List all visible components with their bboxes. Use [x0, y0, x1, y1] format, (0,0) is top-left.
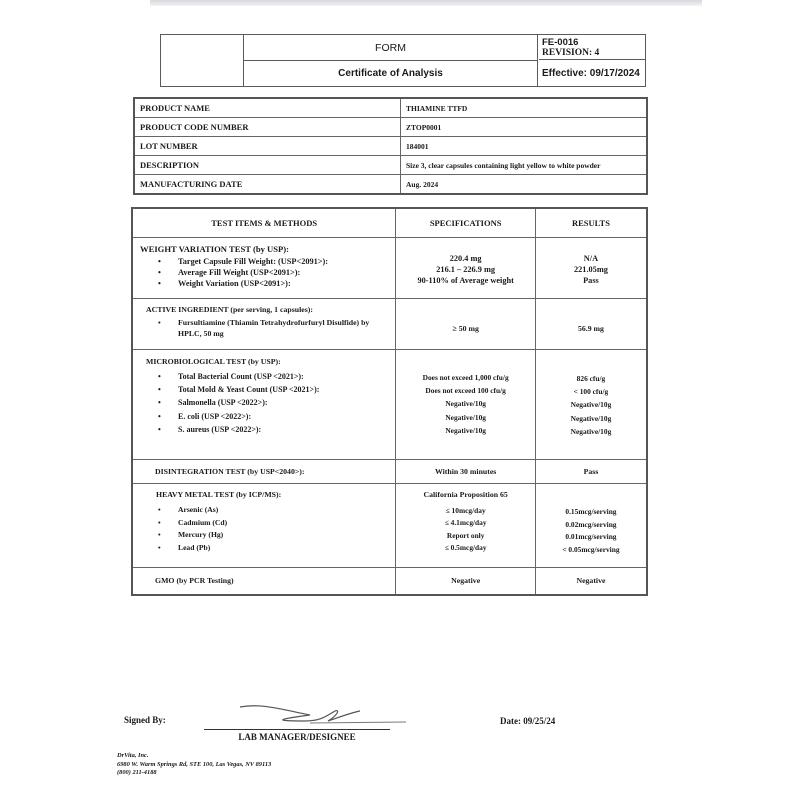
- info-value: THIAMINE TTFD: [401, 98, 648, 118]
- form-header: FORM Certificate of Analysis FE-0016 REV…: [160, 34, 646, 87]
- test-item: Fursultiamine (Thiamin Tetrahydrofurfury…: [134, 317, 394, 339]
- microbiological-row: MICROBIOLOGICAL TEST (by USP): Total Bac…: [132, 350, 647, 460]
- effective-date: Effective: 09/17/2024: [539, 61, 645, 86]
- active-ingredient-row: ACTIVE INGREDIENT (per serving, 1 capsul…: [132, 299, 647, 350]
- spec-value: 220.4 mg: [397, 253, 534, 264]
- result-value: < 0.05mcg/serving: [537, 544, 645, 557]
- test-results-table: TEST ITEMS & METHODS SPECIFICATIONS RESU…: [131, 207, 648, 596]
- info-value: Aug. 2024: [401, 175, 648, 195]
- result-value: 0.15mcg/serving: [537, 506, 645, 519]
- test-item: Total Mold & Yeast Count (USP <2021>):: [134, 383, 394, 396]
- test-method-cell: ACTIVE INGREDIENT (per serving, 1 capsul…: [132, 299, 396, 350]
- company-footer: DrVita, Inc. 6980 W. Warm Springs Rd, ST…: [117, 752, 271, 778]
- result-value: 56.9 mg: [535, 299, 647, 350]
- signer-title: LAB MANAGER/DESIGNEE: [204, 732, 390, 742]
- company-address: 6980 W. Warm Springs Rd, STE 100, Las Ve…: [117, 761, 271, 770]
- spec-value: Does not exceed 100 cfu/g: [397, 384, 534, 397]
- result-value: 0.02mcg/serving: [537, 519, 645, 532]
- section-title: GMO (by PCR Testing): [132, 568, 396, 595]
- test-item-list: Arsenic (As) Cadmium (Cd) Mercury (Hg) L…: [134, 504, 394, 554]
- spec-value: Report only: [397, 530, 534, 543]
- test-item: Target Capsule Fill Weight: (USP<2091>):: [134, 256, 394, 267]
- result-cell: 0.15mcg/serving 0.02mcg/serving 0.01mcg/…: [535, 484, 647, 568]
- table-row: PRODUCT NAMETHIAMINE TTFD: [134, 98, 647, 118]
- result-cell: N/A 221.05mg Pass: [535, 238, 647, 299]
- test-item: Mercury (Hg): [134, 529, 394, 542]
- info-label: DESCRIPTION: [134, 156, 401, 175]
- result-value: 221.05mg: [537, 264, 645, 275]
- info-label: PRODUCT NAME: [134, 98, 401, 118]
- info-value: Size 3, clear capsules containing light …: [401, 156, 648, 175]
- column-header: SPECIFICATIONS: [396, 208, 536, 238]
- test-item: Arsenic (As): [134, 504, 394, 517]
- spec-value: Negative/10g: [397, 411, 534, 424]
- specification-cell: 220.4 mg 216.1 – 226.9 mg 90-110% of Ave…: [396, 238, 536, 299]
- result-value: Pass: [537, 275, 645, 286]
- spec-value: 216.1 – 226.9 mg: [397, 264, 534, 275]
- spec-value: Does not exceed 1,000 cfu/g: [397, 371, 534, 384]
- signature-line: [204, 729, 390, 730]
- test-item: S. aureus (USP <2022>):: [134, 423, 394, 436]
- test-item-list: Target Capsule Fill Weight: (USP<2091>):…: [134, 256, 394, 289]
- spec-value: Within 30 minutes: [396, 460, 536, 484]
- column-header: RESULTS: [535, 208, 647, 238]
- document-title: Certificate of Analysis: [244, 61, 538, 86]
- company-name: DrVita, Inc.: [117, 752, 271, 761]
- result-value: Negative/10g: [537, 425, 645, 438]
- table-row: MANUFACTURING DATEAug. 2024: [134, 175, 647, 195]
- spec-title: California Proposition 65: [397, 489, 534, 502]
- spec-value: ≥ 50 mg: [396, 299, 536, 350]
- column-header: TEST ITEMS & METHODS: [132, 208, 396, 238]
- table-header-row: TEST ITEMS & METHODS SPECIFICATIONS RESU…: [132, 208, 647, 238]
- table-row: DESCRIPTIONSize 3, clear capsules contai…: [134, 156, 647, 175]
- signed-by-label: Signed By:: [124, 715, 166, 725]
- info-value: ZTOP0001: [401, 118, 648, 137]
- weight-variation-row: WEIGHT VARIATION TEST (by USP): Target C…: [132, 238, 647, 299]
- spec-value: ≤ 10mcg/day: [397, 505, 534, 518]
- section-title: DISINTEGRATION TEST (by USP<2040>):: [132, 460, 396, 484]
- section-title: ACTIVE INGREDIENT (per serving, 1 capsul…: [134, 300, 394, 314]
- test-item-list: Fursultiamine (Thiamin Tetrahydrofurfury…: [134, 317, 394, 339]
- section-title: WEIGHT VARIATION TEST (by USP):: [134, 239, 394, 254]
- result-value: Negative: [535, 568, 647, 595]
- gmo-row: GMO (by PCR Testing) Negative Negative: [132, 568, 647, 595]
- test-item: Cadmium (Cd): [134, 517, 394, 530]
- spec-value: Negative: [396, 568, 536, 595]
- scan-edge-shade: [150, 0, 702, 6]
- spec-value: 90-110% of Average weight: [397, 275, 534, 286]
- result-value: 826 cfu/g: [537, 372, 645, 385]
- result-value: Pass: [535, 460, 647, 484]
- form-label: FORM: [244, 35, 538, 61]
- result-value: N/A: [537, 253, 645, 264]
- result-value: < 100 cfu/g: [537, 385, 645, 398]
- specification-cell: California Proposition 65 ≤ 10mcg/day ≤ …: [396, 484, 536, 568]
- test-item: Total Bacterial Count (USP <2021>):: [134, 370, 394, 383]
- section-title: MICROBIOLOGICAL TEST (by USP):: [134, 351, 394, 366]
- logo-placeholder: [161, 35, 244, 86]
- form-number: FE-0016: [542, 37, 645, 48]
- signature-date: Date: 09/25/24: [500, 716, 555, 726]
- info-label: MANUFACTURING DATE: [134, 175, 401, 195]
- test-item: E. coli (USP <2022>):: [134, 410, 394, 423]
- spec-value: ≤ 0.5mcg/day: [397, 542, 534, 555]
- test-method-cell: WEIGHT VARIATION TEST (by USP): Target C…: [132, 238, 396, 299]
- result-value: Negative/10g: [537, 398, 645, 411]
- test-item: Lead (Pb): [134, 542, 394, 555]
- result-cell: 826 cfu/g < 100 cfu/g Negative/10g Negat…: [535, 350, 647, 460]
- specification-cell: Does not exceed 1,000 cfu/g Does not exc…: [396, 350, 536, 460]
- test-item: Average Fill Weight (USP<2091>):: [134, 267, 394, 278]
- spec-value: Negative/10g: [397, 397, 534, 410]
- product-info-table: PRODUCT NAMETHIAMINE TTFD PRODUCT CODE N…: [133, 97, 648, 195]
- test-method-cell: MICROBIOLOGICAL TEST (by USP): Total Bac…: [132, 350, 396, 460]
- spec-value: ≤ 4.1mcg/day: [397, 517, 534, 530]
- info-label: LOT NUMBER: [134, 137, 401, 156]
- section-title: HEAVY METAL TEST (by ICP/MS):: [134, 485, 394, 499]
- info-label: PRODUCT CODE NUMBER: [134, 118, 401, 137]
- result-value: Negative/10g: [537, 412, 645, 425]
- table-row: PRODUCT CODE NUMBERZTOP0001: [134, 118, 647, 137]
- test-item: Weight Variation (USP<2091>):: [134, 278, 394, 289]
- form-number-block: FE-0016 REVISION: 4: [539, 35, 645, 60]
- handwritten-signature: [210, 697, 410, 731]
- disintegration-row: DISINTEGRATION TEST (by USP<2040>): With…: [132, 460, 647, 484]
- company-phone: (800) 211-4188: [117, 769, 271, 778]
- heavy-metal-row: HEAVY METAL TEST (by ICP/MS): Arsenic (A…: [132, 484, 647, 568]
- test-method-cell: HEAVY METAL TEST (by ICP/MS): Arsenic (A…: [132, 484, 396, 568]
- test-item-list: Total Bacterial Count (USP <2021>): Tota…: [134, 370, 394, 436]
- test-item: Salmonella (USP <2022>):: [134, 396, 394, 409]
- revision: REVISION: 4: [542, 48, 645, 59]
- spec-value: Negative/10g: [397, 424, 534, 437]
- info-value: 184001: [401, 137, 648, 156]
- table-row: LOT NUMBER184001: [134, 137, 647, 156]
- result-value: 0.01mcg/serving: [537, 531, 645, 544]
